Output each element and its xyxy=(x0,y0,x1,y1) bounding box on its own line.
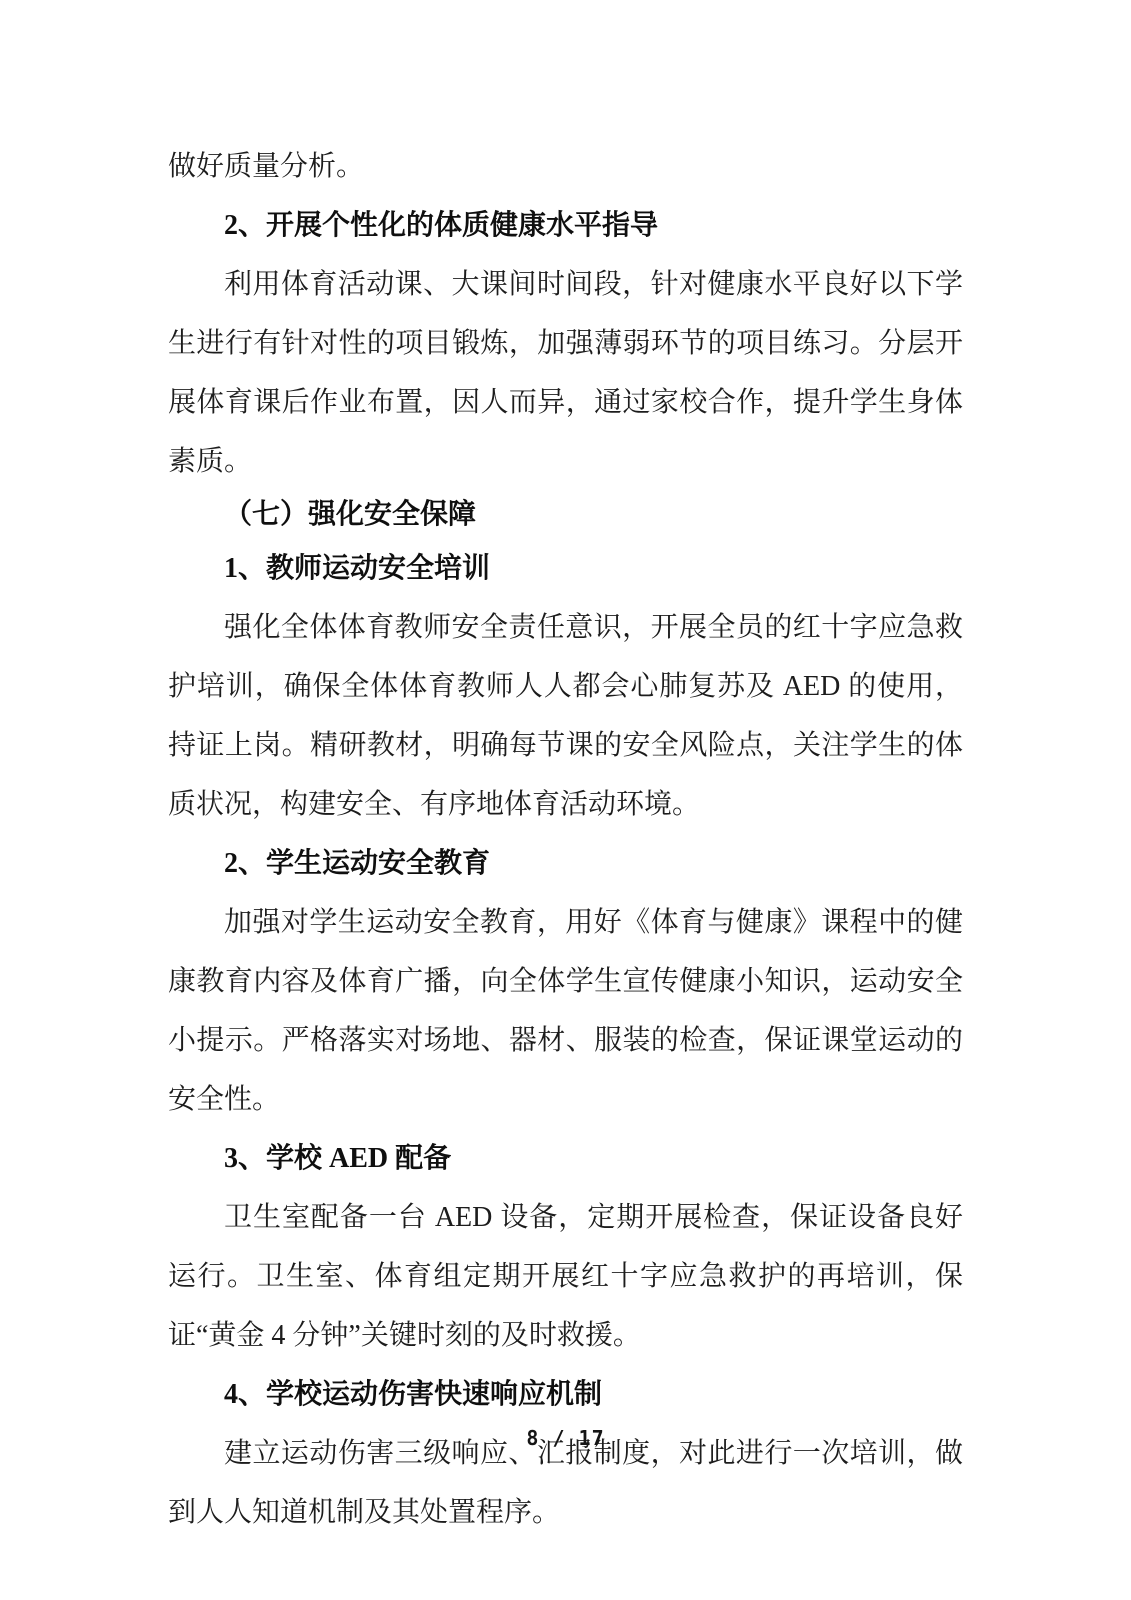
paragraph-personalized-fitness-guidance: 利用体育活动课、大课间时间段，针对健康水平良好以下学生进行有针对性的项目锻炼，加… xyxy=(168,255,963,491)
paragraph-school-aed-equipment: 卫生室配备一台 AED 设备，定期开展检查，保证设备良好运行。卫生室、体育组定期… xyxy=(168,1188,963,1365)
page-number-indicator: 8 / 17 xyxy=(526,1426,604,1450)
heading-student-sport-safety-education: 2、学生运动安全教育 xyxy=(168,834,963,893)
paragraph-quality-analysis-continued: 做好质量分析。 xyxy=(168,137,963,196)
heading-personalized-fitness-guidance: 2、开展个性化的体质健康水平指导 xyxy=(168,196,963,255)
heading-teacher-sport-safety-training: 1、教师运动安全培训 xyxy=(168,539,963,598)
paragraph-student-sport-safety-education: 加强对学生运动安全教育，用好《体育与健康》课程中的健康教育内容及体育广播，向全体… xyxy=(168,893,963,1129)
document-page: 做好质量分析。 2、开展个性化的体质健康水平指导 利用体育活动课、大课间时间段，… xyxy=(0,0,1131,1600)
heading-injury-rapid-response-mechanism: 4、学校运动伤害快速响应机制 xyxy=(168,1365,963,1424)
heading-school-aed-equipment: 3、学校 AED 配备 xyxy=(168,1129,963,1188)
page-footer: 8 / 17 xyxy=(0,1426,1131,1450)
paragraph-teacher-sport-safety-training: 强化全体体育教师安全责任意识，开展全员的红十字应急救护培训，确保全体体育教师人人… xyxy=(168,598,963,834)
heading-section-7-safety-assurance: （七）强化安全保障 xyxy=(168,491,963,539)
document-body: 做好质量分析。 2、开展个性化的体质健康水平指导 利用体育活动课、大课间时间段，… xyxy=(0,0,1131,1542)
